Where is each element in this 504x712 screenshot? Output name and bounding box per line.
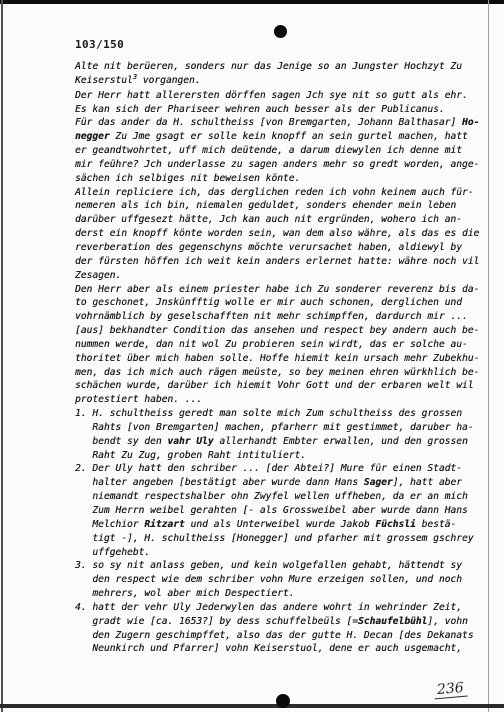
text-run: der fürsten höffen ich weit kein anders … xyxy=(75,256,479,267)
text-run: [aus] bekhandter Condition das ansehen u… xyxy=(75,325,479,336)
emphasized-text: Sager xyxy=(364,477,393,488)
text-line: Zesagen. xyxy=(75,269,479,283)
text-line: uffgehebt. xyxy=(75,546,479,560)
text-run: vorgangen. xyxy=(137,75,201,86)
text-line: tigt -], H. schultheiss [Honegger] und p… xyxy=(75,532,479,546)
emphasized-text: Ho- xyxy=(462,117,479,128)
text-run: mir feühre? Jch underlasse zu sagen ande… xyxy=(75,159,479,170)
text-line: Für das ander da H. schultheiss [von Bre… xyxy=(75,116,479,130)
text-line: [aus] bekhandter Condition das ansehen u… xyxy=(75,324,479,338)
text-run: Der Herr hatt allerersten dörffen sagen … xyxy=(75,90,468,101)
text-run: Zum Herrn weibel gerahten [- als Grosswe… xyxy=(75,505,468,516)
text-line: men, das ich mich auch rägen meüste, so … xyxy=(75,366,479,380)
text-line: reverberation des gegenschyns möchte ver… xyxy=(75,241,479,255)
text-line: Neunkirch und Pfarrer] vohn Keiserstuol,… xyxy=(75,642,479,656)
text-run: Rahts [von Bremgarten] machen, pfarherr … xyxy=(75,422,474,433)
text-line: Keiserstul3 vorgangen. xyxy=(75,74,479,89)
text-line: negger Zu Jme gsagt er solle kein knopff… xyxy=(75,130,479,144)
text-run: gradt wie [ca. 1653?] by dess schuffelbe… xyxy=(75,616,358,627)
text-line: Der Herr hatt allerersten dörffen sagen … xyxy=(75,89,479,103)
text-line: der fürsten höffen ich weit kein anders … xyxy=(75,255,479,269)
text-run: bestä- xyxy=(416,519,456,530)
text-run: den Zugern geschimpffet, also das der gu… xyxy=(75,630,474,641)
text-run: Melchior xyxy=(75,519,144,530)
text-run: halter angeben [bestätigt aber wurde dan… xyxy=(75,477,364,488)
text-run: den respect wie dem schriber vohn Mure e… xyxy=(75,574,462,585)
text-line: mir feühre? Jch underlasse zu sagen ande… xyxy=(75,158,479,172)
punch-hole-bottom-icon xyxy=(276,694,290,708)
text-line: derst ein knopff könte worden sein, wan … xyxy=(75,227,479,241)
text-run: allerhandt Embter erwallen, und den gros… xyxy=(214,436,468,447)
text-run: vohrnämblich by geselschafften nit mehr … xyxy=(75,311,468,322)
text-line: nummen werde, dan nit wol Zu probieren s… xyxy=(75,338,479,352)
text-run: men, das ich mich auch rägen meüste, so … xyxy=(75,367,479,378)
text-line: to geschonet, Jnskünfftig wolle er mir a… xyxy=(75,296,479,310)
text-line: den Zugern geschimpffet, also das der gu… xyxy=(75,629,479,643)
text-line: 1. H. schultheiss geredt man solte mich … xyxy=(75,407,479,421)
text-line: Raht Zu Zug, groben Raht intituliert. xyxy=(75,449,479,463)
text-line: halter angeben [bestätigt aber wurde dan… xyxy=(75,476,479,490)
text-line: Alte nit berüeren, sonders nur das Jenig… xyxy=(75,60,479,74)
text-run: Es kan sich der Phariseer wehren auch be… xyxy=(75,104,445,115)
emphasized-text: negger xyxy=(75,131,110,142)
text-run: reverberation des gegenschyns möchte ver… xyxy=(75,242,462,253)
text-run: Allein repliciere ich, das derglichen re… xyxy=(75,187,474,198)
text-line: niemandt respectshalber ohn Zwyfel welle… xyxy=(75,490,479,504)
page-number: 103/150 xyxy=(75,38,124,51)
text-run: Für das ander da H. schultheiss [von Bre… xyxy=(75,117,462,128)
text-run: nummen werde, dan nit wol Zu probieren s… xyxy=(75,339,468,350)
text-run: darüber uffgesezt hätte, Jch kan auch ni… xyxy=(75,214,462,225)
emphasized-text: Schaufelbühl xyxy=(358,616,427,627)
emphasized-text: Füchsli xyxy=(375,519,415,530)
text-run: und als Unterweibel wurde Jakob xyxy=(185,519,376,530)
scanned-page: 103/150 Alte nit berüeren, sonders nur d… xyxy=(0,0,504,712)
text-run: 2. Der Uly hatt den schriber ... [der Ab… xyxy=(75,463,462,474)
text-line: mehrers, wol aber mich Despectiert. xyxy=(75,587,479,601)
text-run: 4. hatt der vehr Uly Jederwylen das ande… xyxy=(75,602,462,613)
text-run: Raht Zu Zug, groben Raht intituliert. xyxy=(75,450,306,461)
folio-number-handwritten: 236 xyxy=(433,680,467,700)
text-run: ], hatt aber xyxy=(393,477,462,488)
text-line: protestiert haben. ... xyxy=(75,393,479,407)
text-line: Den Herr aber als einem priester habe ic… xyxy=(75,283,479,297)
text-line: vohrnämblich by geselschafften nit mehr … xyxy=(75,310,479,324)
text-line: gradt wie [ca. 1653?] by dess schuffelbe… xyxy=(75,615,479,629)
text-line: Melchior Ritzart und als Unterweibel wur… xyxy=(75,518,479,532)
text-line: 4. hatt der vehr Uly Jederwylen das ande… xyxy=(75,601,479,615)
text-run: Alte nit berüeren, sonders nur das Jenig… xyxy=(75,61,462,72)
text-run: nemeren als ich bin, niemalen geduldet, … xyxy=(75,200,456,211)
text-line: Zum Herrn weibel gerahten [- als Grosswe… xyxy=(75,504,479,518)
text-run: derst ein knopff könte worden sein, wan … xyxy=(75,228,479,239)
punch-hole-top-icon xyxy=(274,25,287,38)
emphasized-text: Ritzart xyxy=(144,519,184,530)
text-run: mehrers, wol aber mich Despectiert. xyxy=(75,588,295,599)
text-line: Allein repliciere ich, das derglichen re… xyxy=(75,186,479,200)
text-run: sächen ich selbiges nit beweisen könte. xyxy=(75,173,300,184)
text-run: thoritet über mich haben solle. Hoffe hi… xyxy=(75,353,479,364)
text-run: er geandtwohrtet, uff mich deütende, a d… xyxy=(75,145,462,156)
text-line: Rahts [von Bremgarten] machen, pfarherr … xyxy=(75,421,479,435)
text-line: schächen wurde, darüber ich hiemit Vohr … xyxy=(75,379,479,393)
text-line: Es kan sich der Phariseer wehren auch be… xyxy=(75,103,479,117)
text-run: Neunkirch und Pfarrer] vohn Keiserstuol,… xyxy=(75,643,462,654)
text-run: schächen wurde, darüber ich hiemit Vohr … xyxy=(75,380,474,391)
text-line: 3. so sy nit anlass geben, und kein wolg… xyxy=(75,559,479,573)
text-line: nemeren als ich bin, niemalen geduldet, … xyxy=(75,199,479,213)
emphasized-text: vahr Uly xyxy=(167,436,213,447)
text-run: Zu Jme gsagt er solle kein knopff an sei… xyxy=(110,131,468,142)
text-run: ], vohn xyxy=(427,616,467,627)
text-run: Zesagen. xyxy=(75,270,121,281)
text-line: den respect wie dem schriber vohn Mure e… xyxy=(75,573,479,587)
text-run: 1. H. schultheiss geredt man solte mich … xyxy=(75,408,462,419)
text-line: thoritet über mich haben solle. Hoffe hi… xyxy=(75,352,479,366)
text-run: bendt sy den xyxy=(75,436,167,447)
text-run: Den Herr aber als einem priester habe ic… xyxy=(75,284,479,295)
text-run: Keiserstul xyxy=(75,75,133,86)
text-line: er geandtwohrtet, uff mich deütende, a d… xyxy=(75,144,479,158)
text-run: to geschonet, Jnskünfftig wolle er mir a… xyxy=(75,297,462,308)
text-run: tigt -], H. schultheiss [Honegger] und p… xyxy=(75,533,474,544)
text-run: protestiert haben. ... xyxy=(75,394,202,405)
text-run: niemandt respectshalber ohn Zwyfel welle… xyxy=(75,491,468,502)
text-line: bendt sy den vahr Uly allerhandt Embter … xyxy=(75,435,479,449)
text-run: 3. so sy nit anlass geben, und kein wolg… xyxy=(75,560,462,571)
text-run: 3 xyxy=(133,73,137,81)
text-run: uffgehebt. xyxy=(75,547,150,558)
scan-edge-left xyxy=(1,0,3,712)
scan-edge-bottom xyxy=(0,704,504,708)
scan-edge-right xyxy=(488,0,489,712)
document-body: Alte nit berüeren, sonders nur das Jenig… xyxy=(75,60,479,656)
scan-edge-top xyxy=(0,0,504,4)
text-line: 2. Der Uly hatt den schriber ... [der Ab… xyxy=(75,462,479,476)
text-line: darüber uffgesezt hätte, Jch kan auch ni… xyxy=(75,213,479,227)
text-line: sächen ich selbiges nit beweisen könte. xyxy=(75,172,479,186)
